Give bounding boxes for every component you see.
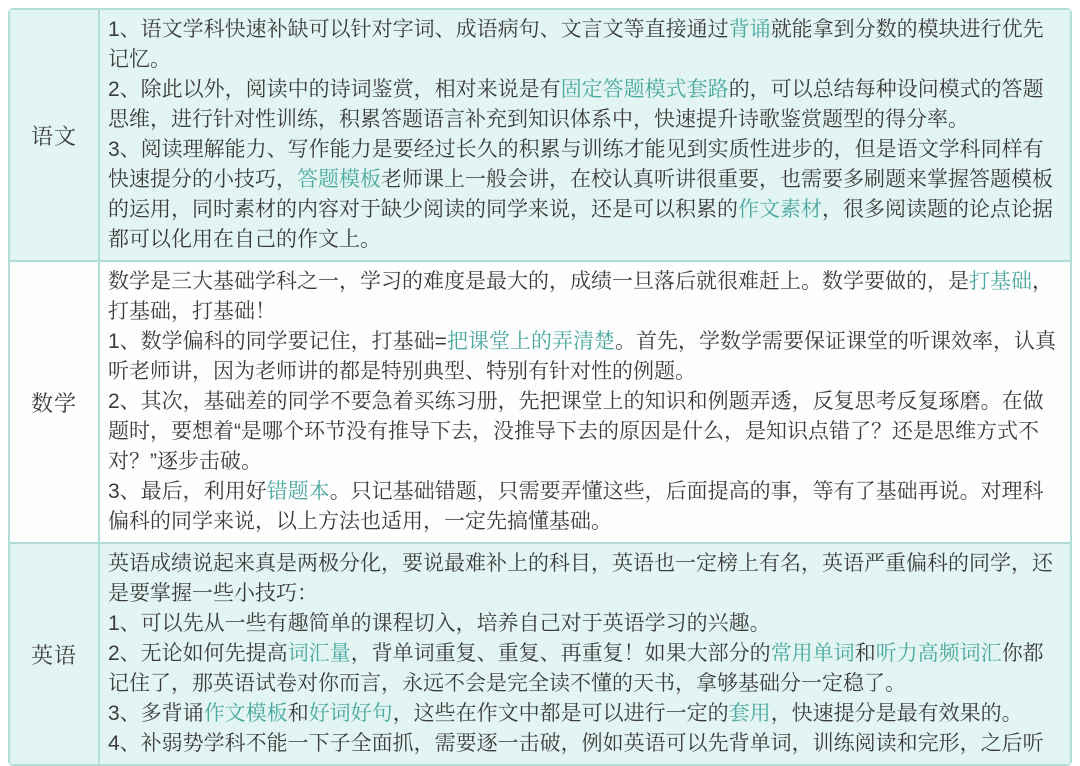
highlighted-term: 背诵 [729,18,771,41]
content-cell: 数学是三大基础学科之一，学习的难度是最大的，成绩一旦落后就很难赶上。数学要做的，… [100,262,1070,542]
highlighted-term: 常用单词 [771,642,855,665]
text-segment: 3、多背诵 [108,702,204,725]
subject-label: 数学 [10,262,100,542]
table-row: 语文1、语文学科快速补缺可以针对字词、成语病句、文言文等直接通过背诵就能拿到分数… [10,10,1070,262]
text-segment: 和 [288,702,309,725]
text-segment: 数学是三大基础学科之一，学习的难度是最大的，成绩一旦落后就很难赶上。数学要做的，… [108,270,969,293]
text-segment: 1、数学偏科的同学要记住，打基础= [108,330,447,353]
highlighted-term: 听力高频词汇 [876,642,1002,665]
tip-paragraph: 1、可以先从一些有趣简单的课程切入，培养自己对于英语学习的兴趣。 [108,609,1064,639]
highlighted-term: 作文素材 [738,198,822,221]
highlighted-term: 打基础 [969,270,1032,293]
highlighted-term: 作文模板 [204,702,288,725]
highlighted-term: 固定答题模式套路 [561,78,729,101]
content-cell: 1、语文学科快速补缺可以针对字词、成语病句、文言文等直接通过背诵就能拿到分数的模… [100,10,1070,260]
tip-paragraph: 1、语文学科快速补缺可以针对字词、成语病句、文言文等直接通过背诵就能拿到分数的模… [108,15,1064,75]
tip-paragraph: 数学是三大基础学科之一，学习的难度是最大的，成绩一旦落后就很难赶上。数学要做的，… [108,267,1064,327]
highlighted-term: 套用 [729,702,771,725]
tip-paragraph: 2、无论如何先提高词汇量，背单词重复、重复、再重复！如果大部分的常用单词和听力高… [108,639,1064,699]
highlighted-term: 错题本 [267,480,330,503]
text-segment: 2、无论如何先提高 [108,642,288,665]
tip-paragraph: 2、其次，基础差的同学不要急着买练习册，先把课堂上的知识和例题弄透，反复思考反复… [108,387,1064,477]
highlighted-term: 词汇量 [288,642,351,665]
text-segment: ，快速提分是最有效果的。 [771,702,1023,725]
study-tips-table: 语文1、语文学科快速补缺可以针对字词、成语病句、文言文等直接通过背诵就能拿到分数… [8,8,1072,758]
tip-paragraph: 4、补弱势学科不能一下子全面抓，需要逐一击破，例如英语可以先背单词，训练阅读和完… [108,729,1064,758]
tip-paragraph: 2、除此以外，阅读中的诗词鉴赏，相对来说是有固定答题模式套路的，可以总结每种设问… [108,75,1064,135]
subject-label: 语文 [10,10,100,260]
tip-paragraph: 英语成绩说起来真是两极分化，要说最难补上的科目，英语也一定榜上有名，英语严重偏科… [108,549,1064,609]
text-segment: 3、最后，利用好 [108,480,267,503]
content-cell: 英语成绩说起来真是两极分化，要说最难补上的科目，英语也一定榜上有名，英语严重偏科… [100,544,1070,758]
table-row: 英语英语成绩说起来真是两极分化，要说最难补上的科目，英语也一定榜上有名，英语严重… [10,544,1070,758]
text-segment: ，这些在作文中都是可以进行一定的 [393,702,729,725]
highlighted-term: 答题模板 [297,168,381,191]
tip-paragraph: 3、最后，利用好错题本。只记基础错题，只需要弄懂这些，后面提高的事，等有了基础再… [108,477,1064,537]
tip-paragraph: 1、数学偏科的同学要记住，打基础=把课堂上的弄清楚。首先，学数学需要保证课堂的听… [108,327,1064,387]
text-segment: 1、可以先从一些有趣简单的课程切入，培养自己对于英语学习的兴趣。 [108,612,771,635]
text-segment: 英语成绩说起来真是两极分化，要说最难补上的科目，英语也一定榜上有名，英语严重偏科… [108,552,1053,605]
text-segment: 和 [855,642,876,665]
text-segment: 2、除此以外，阅读中的诗词鉴赏，相对来说是有 [108,78,561,101]
highlighted-term: 把课堂上的弄清楚 [447,330,615,353]
highlighted-term: 好词好句 [309,702,393,725]
text-segment: ，背单词重复、重复、再重复！如果大部分的 [351,642,771,665]
tip-paragraph: 3、阅读理解能力、写作能力是要经过长久的积累与训练才能见到实质性进步的，但是语文… [108,135,1064,255]
tip-paragraph: 3、多背诵作文模板和好词好句，这些在作文中都是可以进行一定的套用，快速提分是最有… [108,699,1064,729]
text-segment: 1、语文学科快速补缺可以针对字词、成语病句、文言文等直接通过 [108,18,729,41]
text-segment: 4、补弱势学科不能一下子全面抓，需要逐一击破，例如英语可以先背单词，训练阅读和完… [108,732,1044,755]
table-row: 数学数学是三大基础学科之一，学习的难度是最大的，成绩一旦落后就很难赶上。数学要做… [10,262,1070,544]
subject-label: 英语 [10,544,100,758]
text-segment: 2、其次，基础差的同学不要急着买练习册，先把课堂上的知识和例题弄透，反复思考反复… [108,390,1044,473]
